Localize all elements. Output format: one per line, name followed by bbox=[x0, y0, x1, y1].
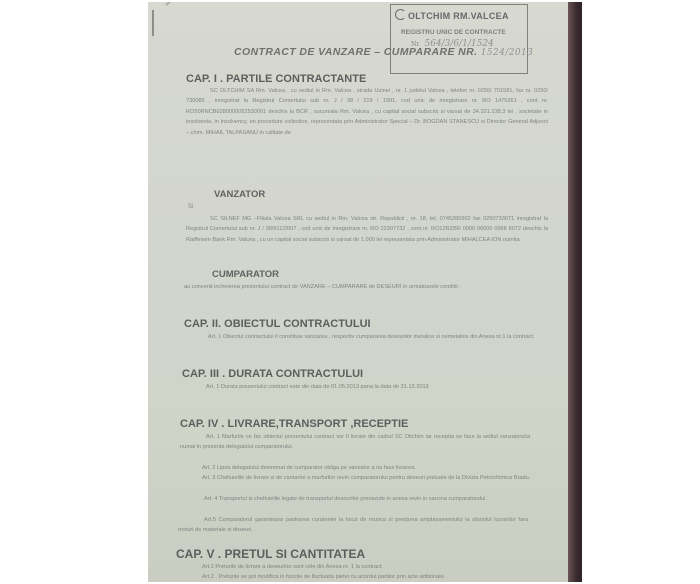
article-paragraph: Art. 4 Transportul si cheltuielile legat… bbox=[178, 494, 540, 504]
page-edge-shadow bbox=[568, 2, 582, 582]
article-paragraph: Art. 1 Durata prezentului contract este … bbox=[182, 382, 522, 392]
party-seller: VANZATOR bbox=[214, 189, 265, 200]
contract-title: CONTRACT DE VANZARE – CUMPARARE NR. 1524… bbox=[234, 46, 533, 58]
contract-number-handwritten: 1524/2013 bbox=[481, 48, 533, 58]
pen-mark bbox=[165, 2, 188, 6]
chapter-heading: CAP. II. OBIECTUL CONTRACTULUI bbox=[184, 318, 371, 330]
article-paragraph: Art. 1 Marfurile ce fac obiectul prezent… bbox=[180, 432, 530, 453]
pen-mark bbox=[152, 10, 154, 36]
closing-paragraph: au convenit incheierea prezentului contr… bbox=[184, 282, 546, 292]
buyer-paragraph: SC SILNEF MG –Filiala Valcea SRL cu sedi… bbox=[186, 214, 548, 245]
article-paragraph: Art. 2 Lipsa delegatului desemnat de cum… bbox=[180, 463, 540, 473]
article-paragraph: Art. 1 Obiectul contractului il constitu… bbox=[184, 332, 538, 342]
registry-stamp: OLTCHIM RM.VALCEA REGISTRU UNIC DE CONTR… bbox=[390, 4, 528, 74]
chapter-heading: CAP. III . DURATA CONTRACTULUI bbox=[182, 368, 363, 380]
chapter-heading: CAP. IV . LIVRARE,TRANSPORT ,RECEPTIE bbox=[180, 418, 408, 430]
oltchim-logo-icon bbox=[395, 9, 406, 20]
article-paragraph: Art.2 . Preturile se pot modifica in fun… bbox=[176, 572, 538, 582]
party-buyer: CUMPARATOR bbox=[212, 269, 279, 280]
article-paragraph: Art.1 Preturile de livrare a deseurilor … bbox=[176, 562, 532, 572]
stamp-register-label: REGISTRU UNIC DE CONTRACTE bbox=[401, 29, 506, 36]
article-paragraph: Art.5 Cumparatorul garanteaza pastrarea … bbox=[178, 515, 528, 536]
document-photo: OLTCHIM RM.VALCEA REGISTRU UNIC DE CONTR… bbox=[148, 2, 582, 582]
stamp-company: OLTCHIM RM.VALCEA bbox=[408, 11, 509, 21]
seller-paragraph: SC OLTCHIM SA Rm. Valcea , cu sediul in … bbox=[186, 86, 548, 138]
article-paragraph: Art. 3 Cheltuielile de livrare si de can… bbox=[178, 473, 538, 483]
and-text: Si bbox=[188, 204, 193, 210]
chapter-heading: CAP. I . PARTILE CONTRACTANTE bbox=[186, 73, 366, 85]
chapter-heading: CAP. V . PRETUL SI CANTITATEA bbox=[176, 547, 365, 561]
